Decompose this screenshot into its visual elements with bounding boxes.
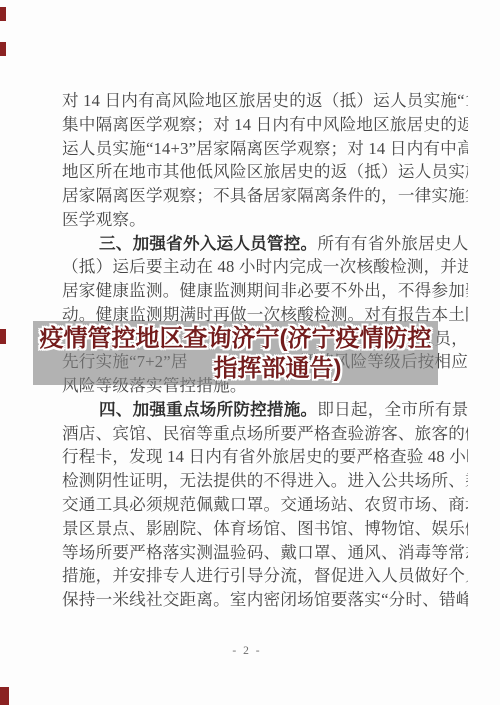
text-line: 行程卡，发现 14 日内有省外旅居史的要严格查验 48 小时内核酸 bbox=[62, 445, 468, 469]
photo-edge-mark bbox=[0, 329, 6, 344]
text-line: 居家隔离医学观察；不具备居家隔离条件的，一律实施集中隔离 bbox=[62, 184, 468, 208]
text-line: 四、加强重点场所防控措施。即日起，全市所有景点、景区、 bbox=[62, 398, 468, 422]
text-line: 地区所在地市其他低风险区旅居史的返（抵）运人员实施“7+2” bbox=[62, 160, 468, 184]
text-line: 集中隔离医学观察；对 14 日内有中风险地区旅居史的返（抵） bbox=[62, 113, 468, 137]
text-line: （抵）运后要主动在 48 小时内完成一次核酸检测，并进行 14 天 bbox=[62, 255, 468, 279]
text-line: 措施，并安排专人进行引导分流，督促进入人员做好个人防护， bbox=[62, 564, 468, 588]
text-line: 运人员实施“14+3”居家隔离医学观察；对 14 日内有中高风险 bbox=[62, 137, 468, 161]
photo-edge-mark bbox=[0, 687, 9, 705]
scanned-notice-image: 对 14 日内有高风险地区旅居史的返（抵）运人员实施“14+3”集中隔离医学观察… bbox=[0, 0, 500, 705]
text-line: 保持一米线社交距离。室内密闭场馆要落实“分时、错峰、预约” bbox=[62, 588, 468, 612]
headline-line-2: 指挥部通告) bbox=[75, 354, 480, 384]
photo-edge-mark bbox=[0, 42, 6, 56]
page-number: - 2 - bbox=[0, 645, 494, 657]
text-line: 三、加强省外入运人员管控。所有有省外旅居史人员在返 bbox=[62, 232, 468, 256]
headline-line-1: 疫情管控地区查询济宁(济宁疫情防控 bbox=[33, 324, 438, 354]
text-line: 酒店、宾馆、民宿等重点场所要严格查验游客、旅客的健康码和 bbox=[62, 422, 468, 446]
text-line: 居家健康监测。健康监测期间非必要不外出，不得参加聚集性活 bbox=[62, 279, 468, 303]
section-heading: 三、加强省外入运人员管控。 bbox=[99, 234, 317, 253]
text-line: 交通工具必须规范佩戴口罩。交通场站、农贸市场、商场超市、 bbox=[62, 493, 468, 517]
text-line: 对 14 日内有高风险地区旅居史的返（抵）运人员实施“14+3” bbox=[62, 89, 468, 113]
text-line: 医学观察。 bbox=[62, 208, 468, 232]
headline-overlay: 疫情管控地区查询济宁(济宁疫情防控 指挥部通告) bbox=[33, 321, 438, 385]
photo-edge-mark bbox=[0, 7, 6, 21]
text-line: 景区景点、影剧院、体育场馆、图书馆、博物馆、娱乐健身场所 bbox=[62, 517, 468, 541]
text-line: 检测阴性证明，无法提供的不得进入。进入公共场所、乘坐公共 bbox=[62, 469, 468, 493]
text-line: 等场所要严格落实测温验码、戴口罩、通风、消毒等常态化防控 bbox=[62, 541, 468, 565]
section-heading: 四、加强重点场所防控措施。 bbox=[99, 400, 317, 419]
